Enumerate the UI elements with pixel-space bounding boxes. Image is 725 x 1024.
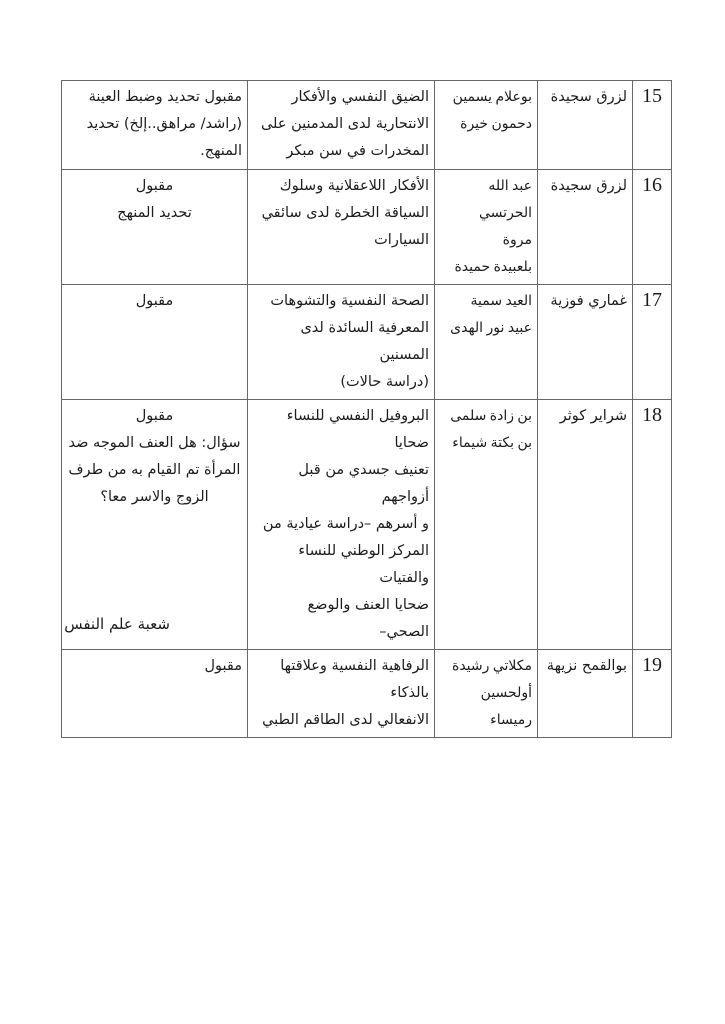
cell-supervisor: شراير كوثر bbox=[538, 400, 633, 650]
document-page: 15 لزرق سجيدة بوعلام يسمين دحمون خيرة ال… bbox=[0, 0, 725, 1024]
cell-students: مكلاتي رشيدة أولحسين رميساء bbox=[435, 650, 538, 738]
cell-students: بن زادة سلمى بن بكتة شيماء bbox=[435, 400, 538, 650]
cell-students: عبد الله الحرتسي مروة بلعبيدة حميدة bbox=[435, 170, 538, 285]
cell-decision: مقبول bbox=[62, 650, 248, 738]
cell-topic: الضيق النفسي والأفكار الانتحارية لدى الم… bbox=[248, 81, 435, 170]
cell-supervisor: لزرق سجيدة bbox=[538, 81, 633, 170]
cell-row-number: 16 bbox=[633, 170, 672, 285]
cell-row-number: 17 bbox=[633, 285, 672, 400]
cell-supervisor: غماري فوزية bbox=[538, 285, 633, 400]
department-footer-note: شعبة علم النفس bbox=[10, 612, 170, 636]
cell-decision: مقبول تحديد وضبط العينة (راشد/ مراهق..إل… bbox=[62, 81, 248, 170]
cell-students: بوعلام يسمين دحمون خيرة bbox=[435, 81, 538, 170]
cell-supervisor: بوالقمح نزيهة bbox=[538, 650, 633, 738]
table-row: 17 غماري فوزية العيد سمية عبيد نور الهدى… bbox=[62, 285, 672, 400]
table-row: 19 بوالقمح نزيهة مكلاتي رشيدة أولحسين رم… bbox=[62, 650, 672, 738]
cell-row-number: 15 bbox=[633, 81, 672, 170]
cell-topic: الأفكار اللاعقلانية وسلوك السياقة الخطرة… bbox=[248, 170, 435, 285]
cell-decision: مقبول bbox=[62, 285, 248, 400]
cell-decision: مقبول تحديد المنهج bbox=[62, 170, 248, 285]
cell-topic: الرفاهية النفسية وعلاقتها بالذكاء الانفع… bbox=[248, 650, 435, 738]
thesis-topics-table: 15 لزرق سجيدة بوعلام يسمين دحمون خيرة ال… bbox=[61, 80, 672, 738]
table-row: 15 لزرق سجيدة بوعلام يسمين دحمون خيرة ال… bbox=[62, 81, 672, 170]
cell-row-number: 18 bbox=[633, 400, 672, 650]
table-row: 16 لزرق سجيدة عبد الله الحرتسي مروة بلعب… bbox=[62, 170, 672, 285]
cell-students: العيد سمية عبيد نور الهدى bbox=[435, 285, 538, 400]
cell-supervisor: لزرق سجيدة bbox=[538, 170, 633, 285]
cell-row-number: 19 bbox=[633, 650, 672, 738]
cell-topic: البروفيل النفسي للنساء ضحايا تعنيف جسدي … bbox=[248, 400, 435, 650]
cell-topic: الصحة النفسية والتشوهات المعرفية السائدة… bbox=[248, 285, 435, 400]
